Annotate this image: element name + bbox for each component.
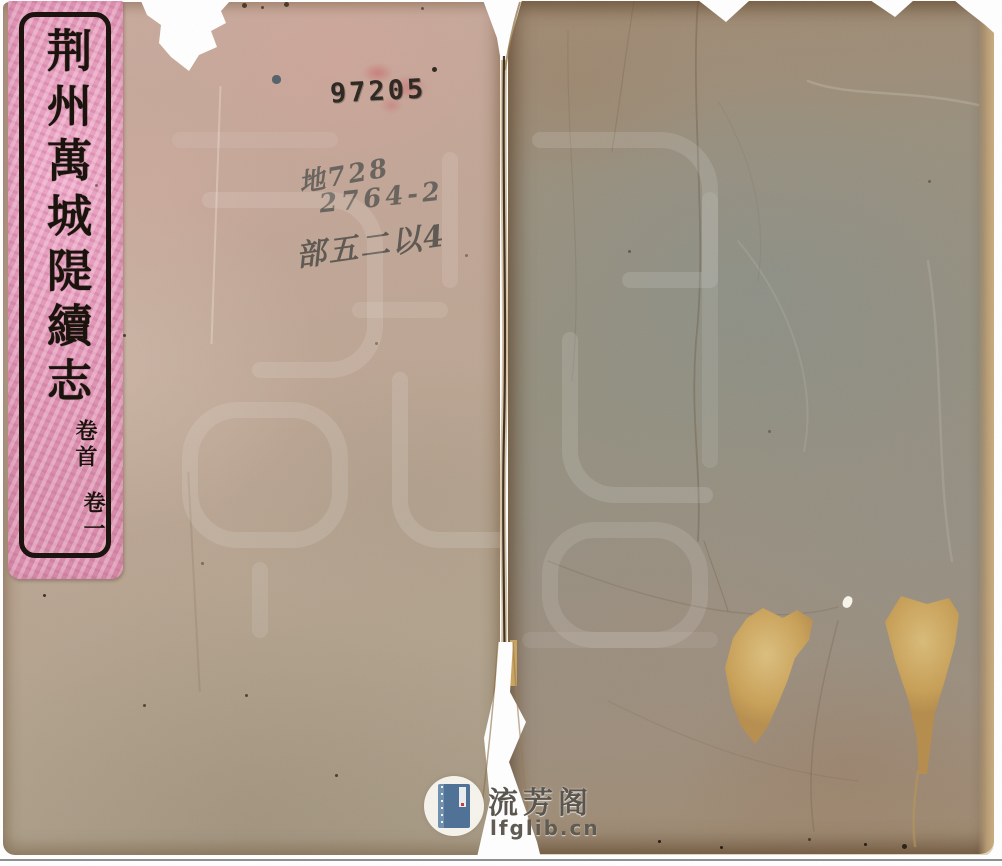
title-label-slip: 荆州萬城隄續志 卷首 卷一 [8,1,123,579]
watermark-logo-circle [424,776,484,836]
torn-paper-area [133,1,233,73]
handwritten-call-number-line3: 部五二以4 [293,211,449,276]
paper-crease [187,472,201,692]
accession-number-stamp: 97205 [329,74,427,110]
ink-specks [508,0,511,3]
gutter-crack-line [503,56,505,860]
site-watermark: 流芳阁 lfglib.cn [424,774,608,846]
book-icon [438,784,470,828]
volume-note-one: 卷一 [78,491,109,543]
book-stitch-icon [441,786,443,826]
front-cover: 荆州萬城隄續志 卷首 卷一 97205 地728 2764-2 部五二以4 [3,2,500,855]
book-title-slip-icon [459,787,466,807]
ink-specks [3,2,6,5]
watermark-site-url: lfglib.cn [490,816,600,840]
book-fore-edge [978,1,994,854]
paper-crease [210,86,221,344]
book-scan: 荆州萬城隄續志 卷首 卷一 97205 地728 2764-2 部五二以4 [0,0,1002,866]
volume-note-front: 卷首 [70,419,101,471]
book-title: 荆州萬城隄續志 [43,27,88,412]
scan-edge-line [0,859,1002,861]
